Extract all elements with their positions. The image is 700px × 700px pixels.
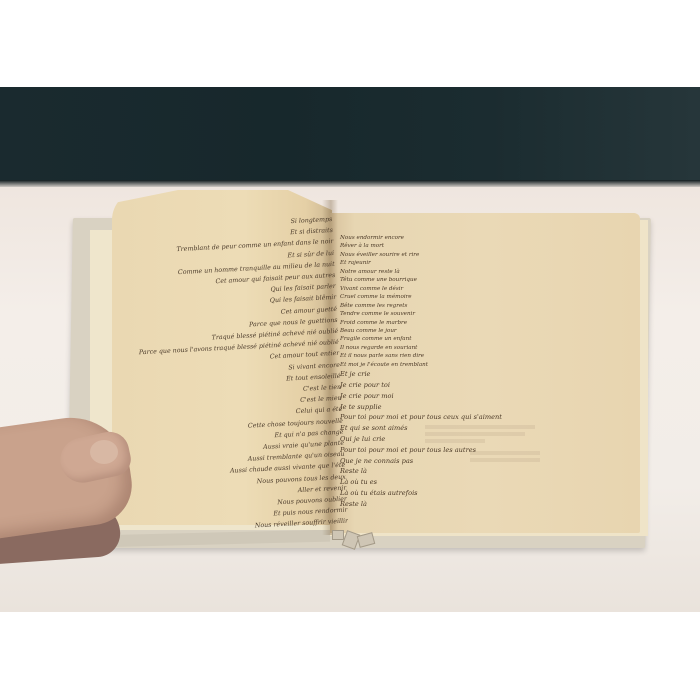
poem-line: Pour toi pour moi et pour tous ceux qui …: [340, 412, 580, 423]
right-page-poem: Nous endormir encore Rêver à la mort Nou…: [340, 234, 580, 510]
poem-line: Cruel comme la mémoire: [340, 293, 580, 301]
poem-line: Vivant comme le désir: [340, 285, 580, 293]
poem-line: Là où tu es: [340, 477, 580, 488]
poem-line: Froid comme le marbre: [340, 319, 580, 327]
poem-line: Je crie pour toi: [340, 380, 580, 391]
poem-line: Fragile comme un enfant: [340, 335, 580, 343]
top-background: [0, 0, 700, 87]
poem-line: Nous endormir encore: [340, 234, 580, 242]
poem-line: Et rajeunir: [340, 259, 580, 267]
poem-line: Et il nous parle sans rien dire: [340, 352, 580, 360]
poem-line: Reste là: [340, 499, 580, 510]
poem-line: Bête comme les regrets: [340, 302, 580, 310]
poem-line: Et moi je l'écoute en tremblant: [340, 361, 580, 369]
torn-spine-binding: [330, 528, 390, 552]
poem-line: Notre amour reste là: [340, 268, 580, 276]
left-page-poem: Si longtemps Et si distraits Tremblant d…: [100, 214, 348, 539]
poem-line: Et je crie: [340, 369, 580, 380]
poem-line: Nous éveiller sourire et rire: [340, 251, 580, 259]
teal-wall: [0, 87, 700, 187]
bottom-background: [0, 612, 700, 700]
poem-line: Beau comme le jour: [340, 327, 580, 335]
poem-line: Têtu comme une bourrique: [340, 276, 580, 284]
poem-line: Il nous regarde en souriant: [340, 344, 580, 352]
poem-line: Je te supplie: [340, 402, 580, 413]
poem-line: Tendre comme le souvenir: [340, 310, 580, 318]
poem-line: Je crie pour moi: [340, 391, 580, 402]
poem-line: Reste là: [340, 466, 580, 477]
poem-line: Rêver à la mort: [340, 242, 580, 250]
poem-line: Là où tu étais autrefois: [340, 488, 580, 499]
show-through-text: [425, 425, 545, 462]
thumbnail: [90, 440, 118, 464]
